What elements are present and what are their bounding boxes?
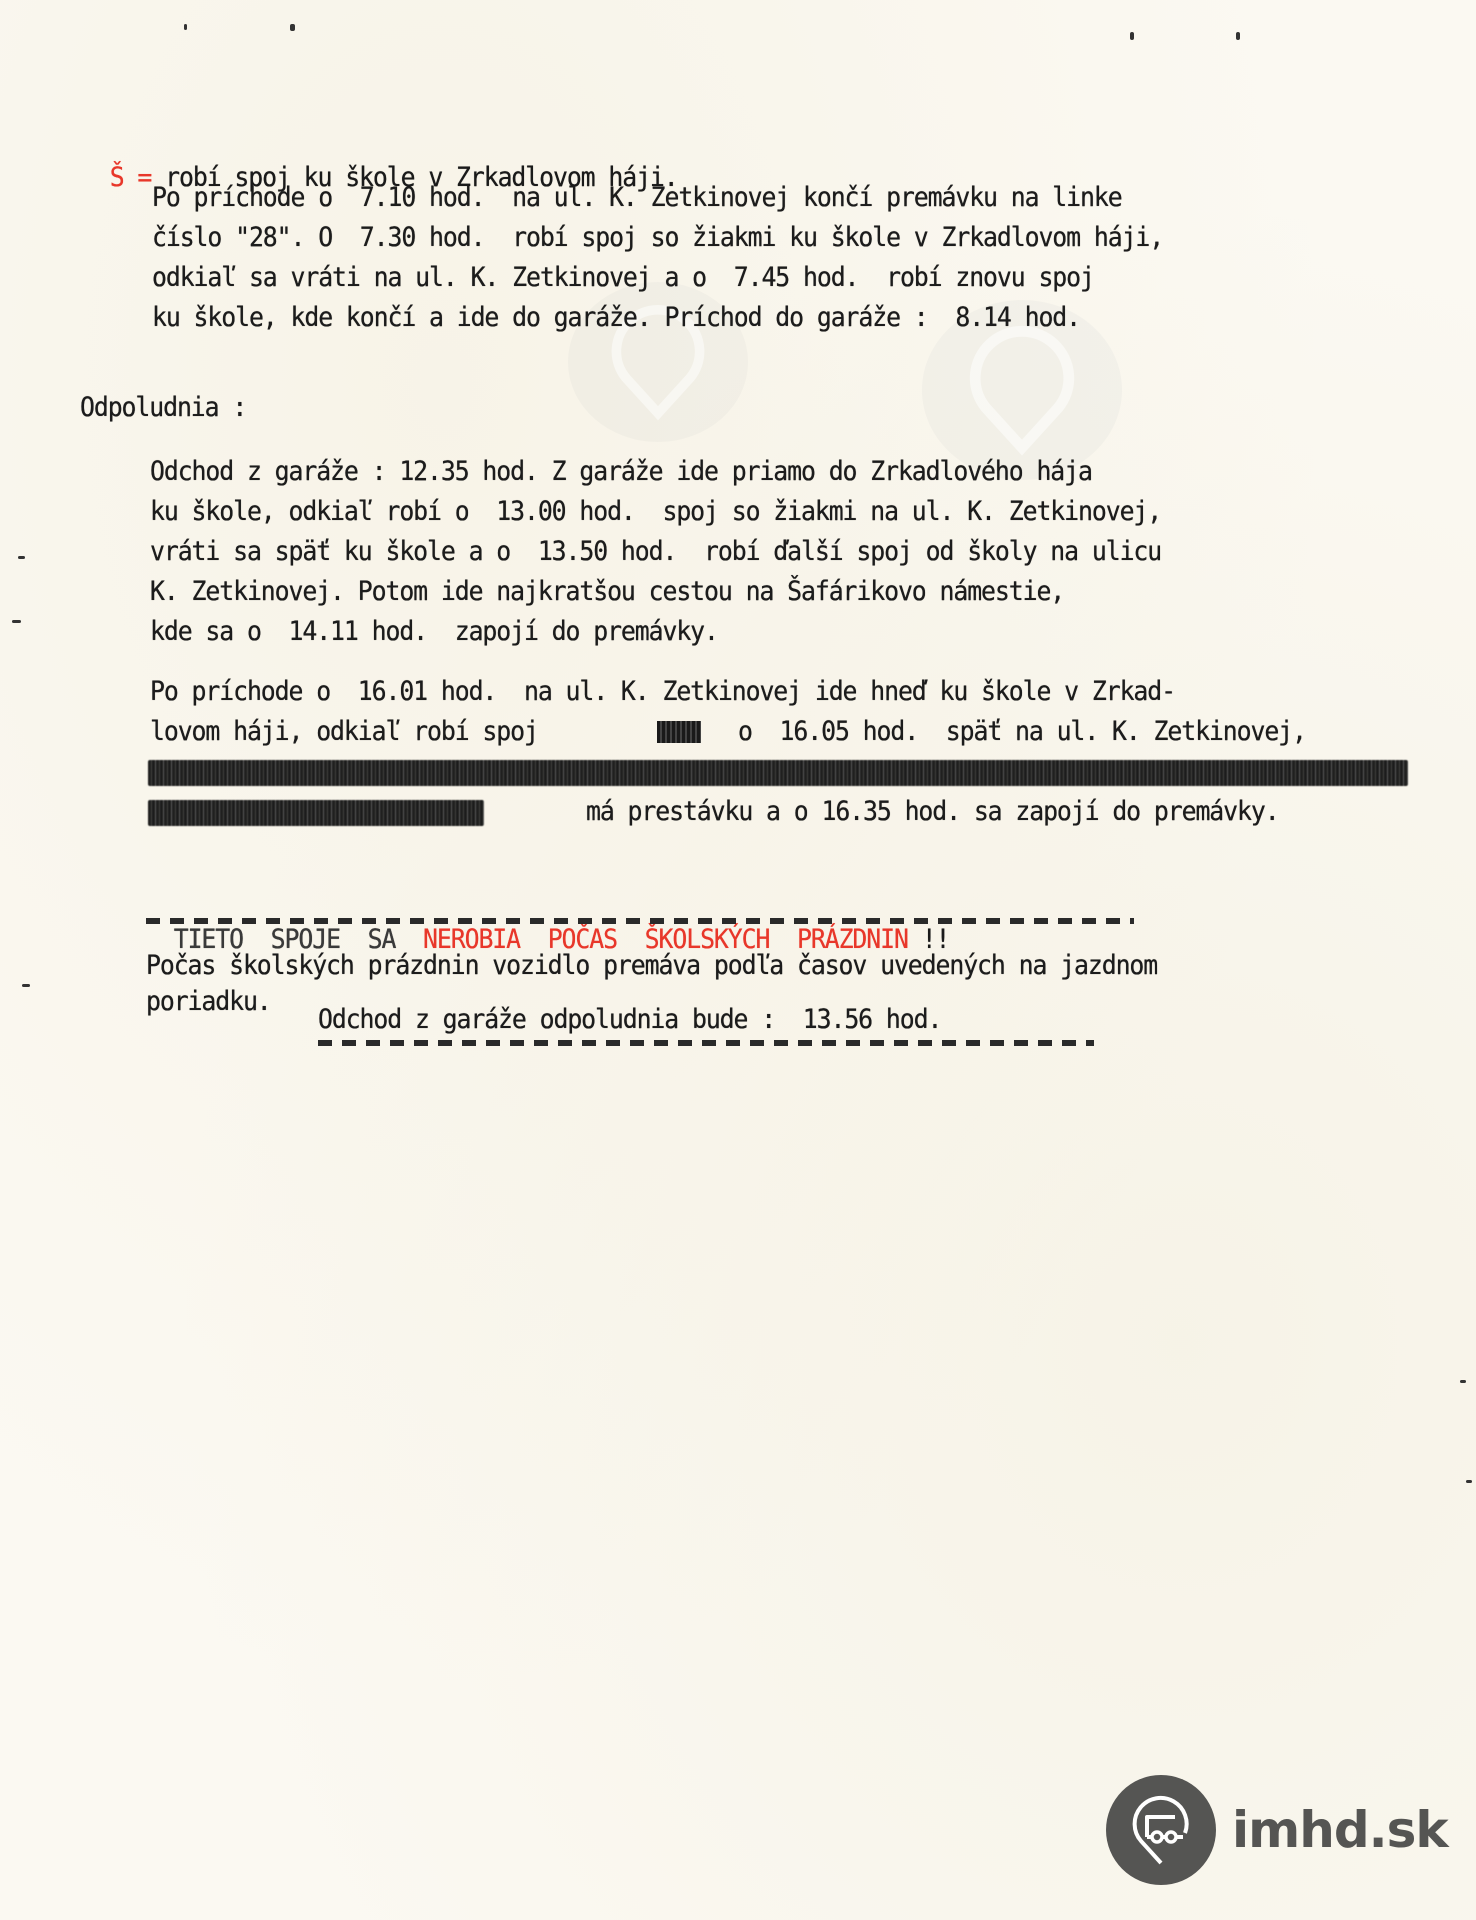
punch-mark [22,984,30,987]
punch-mark [1130,32,1134,40]
legend-equals: = [137,162,151,193]
bus-pin-icon [1106,1775,1216,1885]
punch-mark [12,620,21,623]
struck-out-line [148,800,484,826]
punch-mark [290,24,295,31]
morning-line-1: Po príchode o 7.10 hod. na ul. K. Zetkin… [152,178,1122,218]
punch-mark [1460,1380,1466,1383]
afternoon-p1-line-1: Odchod z garáže : 12.35 hod. Z garáže id… [150,452,1092,492]
holiday-departure: Odchod z garáže odpoludnia bude : 13.56 … [318,1000,941,1040]
morning-line-4: ku škole, kde končí a ide do garáže. Prí… [152,298,1080,338]
notice-underline [146,918,1134,924]
afternoon-p2-line-4: má prestávku a o 16.35 hod. sa zapojí do… [586,792,1279,832]
holiday-departure-underline [318,1040,1094,1046]
morning-line-2: číslo "28". O 7.30 hod. robí spoj so žia… [152,218,1163,258]
holiday-note-line-1: Počas školských prázdnin vozidlo premáva… [146,946,1157,986]
afternoon-p2-line-1: Po príchode o 16.01 hod. na ul. K. Zetki… [150,672,1175,712]
afternoon-p1-line-3: vráti sa späť ku škole a o 13.50 hod. ro… [150,532,1161,572]
afternoon-p2-line-2b: o 16.05 hod. späť na ul. K. Zetkinovej, [738,712,1306,752]
logo-text: imhd.sk [1232,1801,1448,1859]
punch-mark [18,556,25,559]
punch-mark [1236,32,1240,40]
holiday-note-line-2: poriadku. [146,982,271,1022]
afternoon-p1-line-2: ku škole, odkiaľ robí o 13.00 hod. spoj … [150,492,1161,532]
afternoon-p2-line-2a: lovom háji, odkiaľ robí spoj [150,712,538,752]
imhd-logo[interactable]: imhd.sk [1106,1775,1448,1885]
punch-mark [1466,1480,1472,1483]
struck-out-line [148,760,1408,786]
morning-line-3: odkiaľ sa vráti na ul. K. Zetkinovej a o… [152,258,1094,298]
afternoon-heading: Odpoludnia : [80,388,246,428]
afternoon-p1-line-5: kde sa o 14.11 hod. zapojí do premávky. [150,612,718,652]
overtyped-word [657,721,701,743]
afternoon-p1-line-4: K. Zetkinovej. Potom ide najkratšou cest… [150,572,1064,612]
legend-symbol: Š [110,162,124,193]
punch-mark [184,24,187,30]
